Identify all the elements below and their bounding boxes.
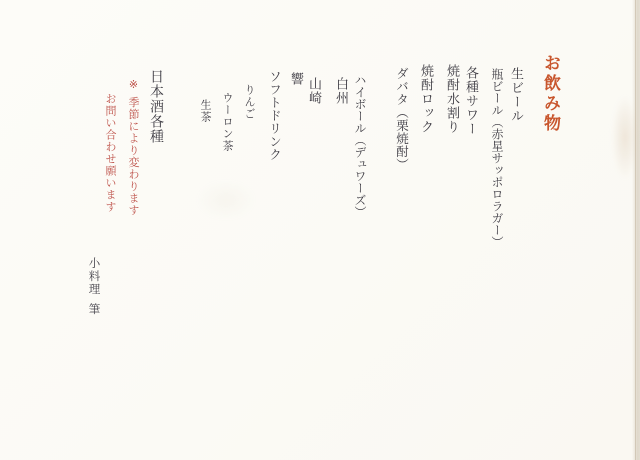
seasonal-note-line2: お問い合わせ願います xyxy=(105,93,116,213)
shop-type-label: 小料理 xyxy=(88,257,102,296)
menu-item-draft-beer: 生ビール xyxy=(509,67,522,123)
menu-item-dabata-chestnut-shochu: ダバタ（栗焼酎） xyxy=(395,67,408,171)
menu-item-shochu-mizuwari: 焼酎水割り xyxy=(445,64,458,134)
scan-edge-line xyxy=(635,0,636,460)
menu-title: お飲み物 xyxy=(541,54,558,134)
menu-item-sours: 各種サワー xyxy=(464,66,477,136)
shop-signature: 小料理筆 xyxy=(88,257,100,316)
menu-item-sake-assorted: 日本酒各種 xyxy=(149,69,163,144)
menu-item-oolong-tea: ウーロン茶 xyxy=(222,92,233,152)
shop-name-label: 筆 xyxy=(88,303,100,316)
menu-item-hibiki: 響 xyxy=(289,72,302,86)
menu-item-bottled-beer: 瓶ビール（赤星サッポロラガー） xyxy=(491,68,503,248)
seasonal-note-line1: ※ 季節により変わります xyxy=(128,78,139,217)
menu-item-yamazaki: 山崎 xyxy=(307,77,320,105)
scan-edge-shadow xyxy=(632,0,640,460)
menu-item-soft-drinks: ソフトドリンク xyxy=(268,70,281,161)
menu-item-hakushu: 白州 xyxy=(334,77,347,105)
paper-stain xyxy=(196,180,256,220)
menu-item-namacha-green-tea: 生茶 xyxy=(200,99,211,123)
menu-item-apple-juice: りんご xyxy=(244,84,255,120)
menu-item-highball-dewars: ハイボール（デュワーズ） xyxy=(354,74,366,218)
menu-scan-page: お飲み物 生ビール 瓶ビール（赤星サッポロラガー） 各種サワー 焼酎水割り 焼酎… xyxy=(0,0,640,460)
menu-item-shochu-rock: 焼酎ロック xyxy=(419,64,432,134)
